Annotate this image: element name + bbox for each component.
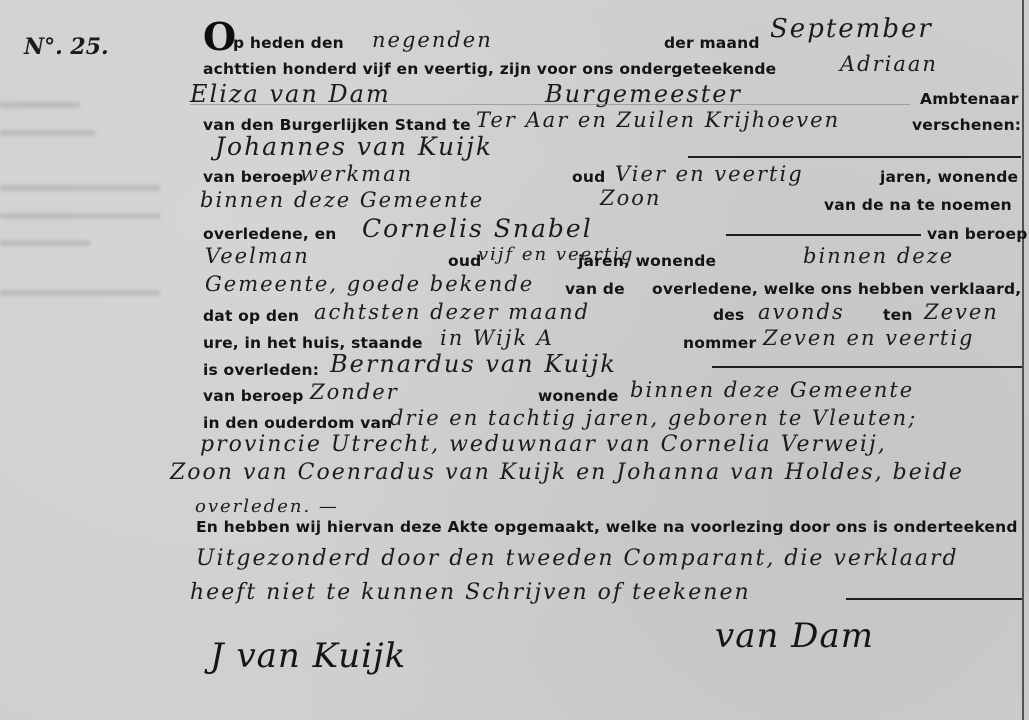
scanned-document-page: N°. 25. O p heden den negenden der maand… — [0, 0, 1029, 720]
handwritten-province-spouse: provincie Utrecht, weduwnaar van Corneli… — [200, 432, 887, 457]
handwritten-month: September — [770, 14, 933, 44]
printed-text: Ambtenaar — [920, 90, 1019, 108]
bleed-through-mark — [0, 130, 95, 136]
record-number: N°. 25. — [24, 34, 109, 60]
printed-text: van beroep — [927, 225, 1028, 243]
handwritten-hour: Zeven — [924, 300, 999, 324]
handwritten-relation: Zoon — [600, 186, 661, 210]
ruled-line — [190, 104, 910, 105]
handwritten-exception-cont: heeft niet te kunnen Schrijven of teeken… — [190, 580, 751, 605]
bleed-through-mark — [0, 102, 80, 108]
printed-text: is overleden: — [203, 361, 319, 379]
ruled-line — [712, 366, 1022, 368]
printed-text: van beroep — [203, 168, 304, 186]
printed-text: nommer — [683, 334, 756, 352]
handwritten-day: negenden — [372, 28, 493, 52]
printed-text: achttien honderd vijf en veertig, zijn v… — [203, 60, 776, 78]
printed-text: ten — [883, 306, 913, 324]
printed-text: jaren, wonende — [880, 168, 1018, 186]
handwritten-date: achtsten dezer maand — [314, 300, 590, 324]
handwritten-time-of-day: avonds — [758, 300, 845, 324]
bleed-through-mark — [0, 185, 160, 191]
handwritten-parents: Zoon van Coenradus van Kuijk en Johanna … — [170, 460, 964, 485]
page-edge-rule — [1022, 0, 1024, 720]
printed-text: overledene, welke ons hebben verklaard, — [652, 280, 1021, 298]
printed-text: in den ouderdom van — [203, 414, 392, 432]
handwritten-exception: Uitgezonderd door den tweeden Comparant,… — [196, 546, 959, 571]
ruled-line — [688, 156, 1021, 158]
handwritten-parents-status: overleden. — — [195, 496, 339, 517]
printed-text: overledene, en — [203, 225, 337, 243]
handwritten-residence: binnen deze Gemeente — [200, 188, 484, 212]
printed-closing-clause: En hebben wij hiervan deze Akte opgemaak… — [196, 518, 1018, 536]
printed-text: van de — [565, 280, 625, 298]
printed-text: der maand — [664, 34, 760, 52]
handwritten-age: Vier en veertig — [615, 162, 804, 186]
printed-text: van de na te noemen — [824, 196, 1012, 214]
printed-text: p heden den — [233, 34, 344, 52]
handwritten-place: Ter Aar en Zuilen Krijhoeven — [476, 108, 840, 132]
handwritten-residence: binnen deze Gemeente — [630, 378, 914, 402]
handwritten-occupation: Zonder — [310, 380, 399, 404]
handwritten-declarant-1: Johannes van Kuijk — [215, 132, 493, 161]
printed-text: verschenen: — [912, 116, 1021, 134]
printed-text: van beroep — [203, 387, 304, 405]
ruled-line — [846, 598, 1022, 600]
handwritten-ward: in Wijk A — [440, 326, 554, 350]
bleed-through-mark — [0, 240, 90, 246]
handwritten-declarant-2: Cornelis Snabel — [362, 214, 593, 243]
handwritten-name: Adriaan — [840, 52, 938, 76]
handwritten-age-birthplace: drie en tachtig jaren, geboren te Vleute… — [390, 406, 917, 430]
signature-declarant: J van Kuijk — [210, 636, 406, 676]
signature-registrar: van Dam — [715, 616, 874, 656]
handwritten-occupation: Veelman — [205, 244, 310, 268]
printed-text: wonende — [538, 387, 619, 405]
printed-text: oud — [572, 168, 605, 186]
printed-text: dat op den — [203, 307, 299, 325]
initial-capital: O — [203, 14, 236, 59]
bleed-through-mark — [0, 290, 160, 296]
printed-text: jaren, wonende — [578, 252, 716, 270]
printed-text: des — [713, 306, 744, 324]
bleed-through-mark — [0, 213, 160, 219]
printed-text: oud — [448, 252, 481, 270]
handwritten-occupation: werkman — [300, 162, 413, 186]
handwritten-residence: binnen deze — [803, 244, 954, 268]
ruled-line — [726, 234, 921, 236]
handwritten-house-number: Zeven en veertig — [763, 326, 975, 350]
handwritten-deceased: Bernardus van Kuijk — [330, 350, 617, 378]
handwritten-acquaintance: Gemeente, goede bekende — [205, 272, 534, 296]
